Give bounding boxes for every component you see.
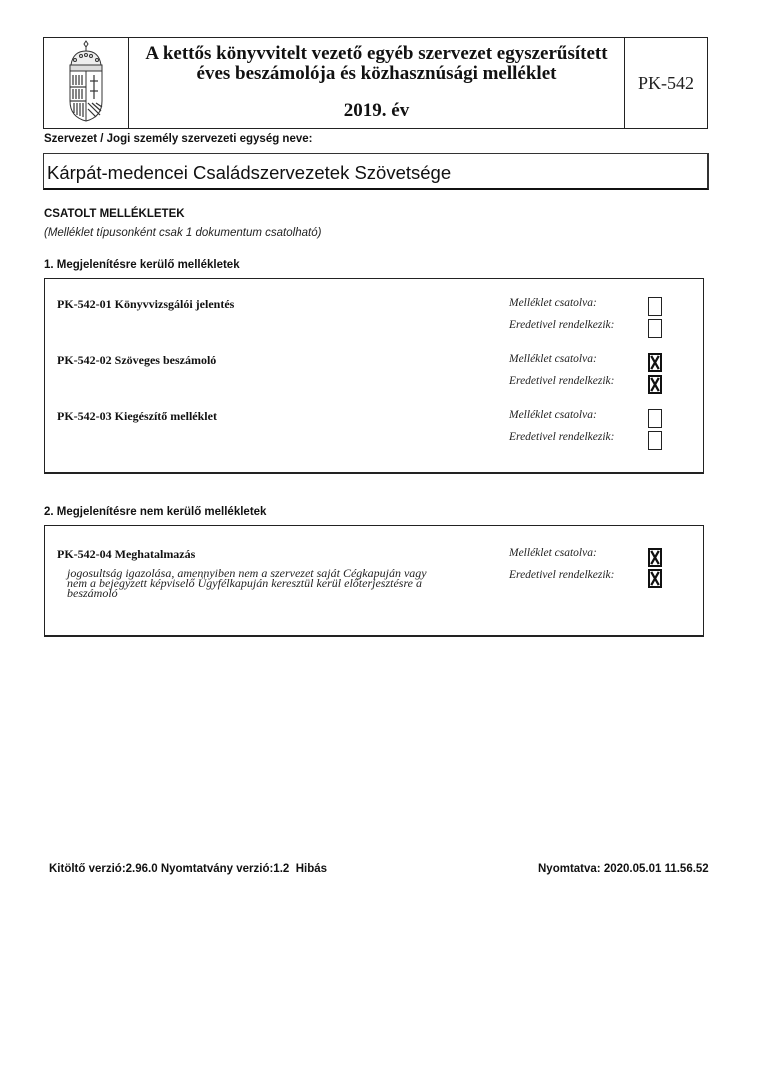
attached-checkbox[interactable]	[648, 548, 662, 567]
attachment-item-name: PK-542-02 Szöveges beszámoló	[57, 353, 216, 368]
original-label: Eredetivel rendelkezik:	[509, 431, 614, 443]
hungarian-coat-of-arms-icon	[65, 39, 107, 128]
attached-checkbox[interactable]	[648, 297, 662, 316]
section-1-box: PK-542-01 Könyvvizsgálói jelentés Mellék…	[44, 278, 704, 474]
attachments-title: CSATOLT MELLÉKLETEK	[44, 208, 185, 220]
logo-cell	[44, 38, 129, 128]
original-checkbox[interactable]	[648, 375, 662, 394]
attachment-item-description: jogosultság igazolása, amennyiben nem a …	[67, 568, 447, 598]
original-checkbox[interactable]	[648, 569, 662, 588]
section-2-box: PK-542-04 Meghatalmazás jogosultság igaz…	[44, 525, 704, 637]
organization-name-field: Kárpát-medencei Családszervezetek Szövet…	[43, 153, 709, 190]
attachment-item-name: PK-542-03 Kiegészítő melléklet	[57, 409, 217, 424]
attached-checkbox[interactable]	[648, 353, 662, 372]
section-2-title: 2. Megjelenítésre nem kerülő mellékletek	[44, 506, 266, 518]
attachment-item-name: PK-542-04 Meghatalmazás	[57, 547, 195, 562]
form-header: A kettős könyvvitelt vezető egyéb szerve…	[43, 37, 708, 129]
title-cell: A kettős könyvvitelt vezető egyéb szerve…	[129, 38, 625, 128]
organization-label: Szervezet / Jogi személy szervezeti egys…	[44, 133, 312, 145]
form-title-line-1: A kettős könyvvitelt vezető egyéb szerve…	[129, 44, 624, 64]
original-label: Eredetivel rendelkezik:	[509, 319, 614, 331]
attachments-note: (Melléklet típusonként csak 1 dokumentum…	[44, 227, 321, 239]
original-checkbox[interactable]	[648, 319, 662, 338]
original-label: Eredetivel rendelkezik:	[509, 569, 614, 581]
attached-checkbox[interactable]	[648, 409, 662, 428]
section-1-title: 1. Megjelenítésre kerülő mellékletek	[44, 259, 240, 271]
organization-name: Kárpát-medencei Családszervezetek Szövet…	[47, 162, 451, 184]
footer-version-info: Kitöltő verzió:2.96.0 Nyomtatvány verzió…	[49, 863, 327, 875]
original-label: Eredetivel rendelkezik:	[509, 375, 614, 387]
attached-label: Melléklet csatolva:	[509, 297, 597, 309]
attached-label: Melléklet csatolva:	[509, 547, 597, 559]
form-title: A kettős könyvvitelt vezető egyéb szerve…	[129, 44, 624, 84]
attached-label: Melléklet csatolva:	[509, 353, 597, 365]
form-title-line-2: éves beszámolója és közhasznúsági mellék…	[129, 64, 624, 84]
footer-print-timestamp: Nyomtatva: 2020.05.01 11.56.52	[538, 863, 709, 875]
original-checkbox[interactable]	[648, 431, 662, 450]
attached-label: Melléklet csatolva:	[509, 409, 597, 421]
form-code: PK-542	[625, 38, 707, 128]
form-year: 2019. év	[129, 100, 624, 122]
attachment-item-name: PK-542-01 Könyvvizsgálói jelentés	[57, 297, 234, 312]
